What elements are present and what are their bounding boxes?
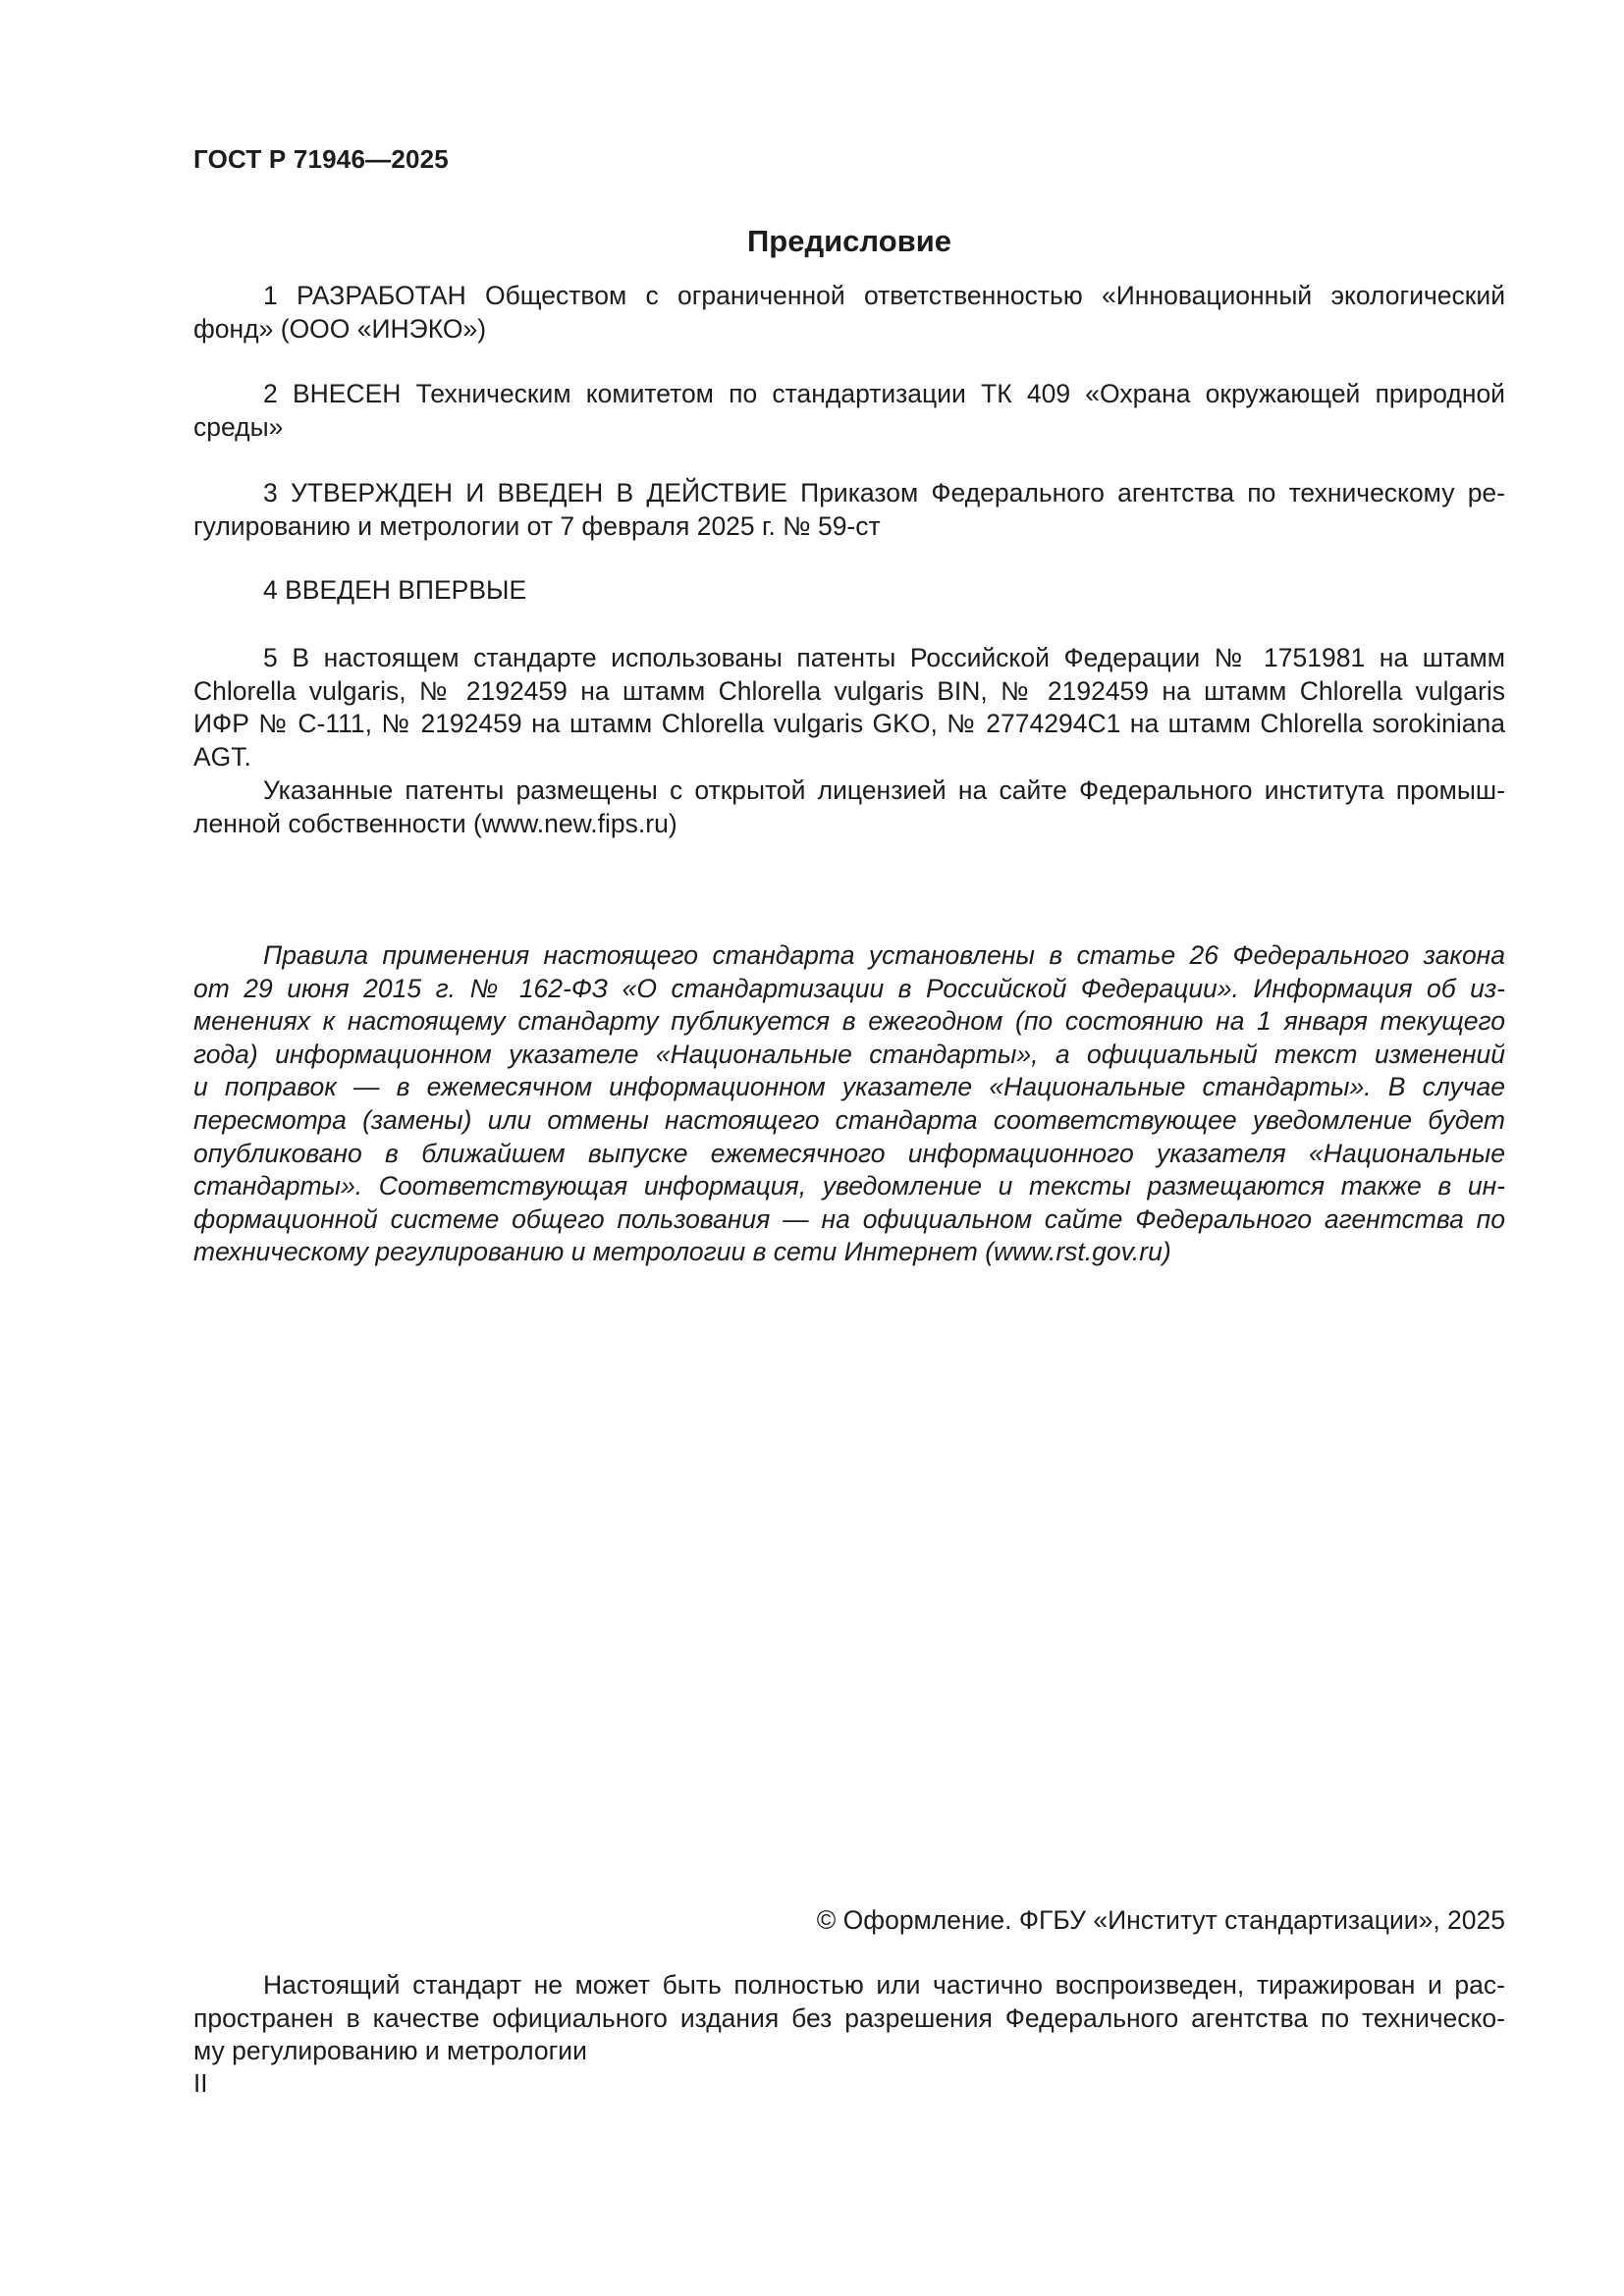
text-line: техническому регулированию и метрологии … [193,1236,1505,1269]
text-line: от 29 июня 2015 г. № 162-ФЗ «О стандарти… [193,973,1505,1006]
text-line: и поправок — в ежемесячном информационно… [193,1071,1505,1104]
foreword-item-1: 1 РАЗРАБОТАН Обществом с ограниченной от… [193,280,1505,346]
text-line: среды» [193,411,1505,445]
text-line: 1 РАЗРАБОТАН Обществом с ограниченной от… [193,280,1505,313]
foreword-item-3: 3 УТВЕРЖДЕН И ВВЕДЕН В ДЕЙСТВИЕ Приказом… [193,477,1505,543]
text-line: ИФР № С-111, № 2192459 на штамм Chlorell… [193,708,1505,741]
text-line: Chlorella vulgaris, № 2192459 на штамм C… [193,675,1505,709]
text-line: формационной системе общего пользования … [193,1203,1505,1237]
text-line: пространен в качестве официального издан… [193,2002,1505,2036]
text-line: 2 ВНЕСЕН Техническим комитетом по станда… [193,378,1505,411]
foreword-item-2: 2 ВНЕСЕН Техническим комитетом по станда… [193,378,1505,444]
document-page: ГОСТ Р 71946—2025 Предисловие 1 РАЗРАБОТ… [0,0,1624,2296]
text-line: менениях к настоящему стандарту публикуе… [193,1005,1505,1039]
text-line: Настоящий стандарт не может быть полност… [193,1969,1505,2002]
text-line: гулированию и метрологии от 7 февраля 20… [193,510,1505,544]
text-line: стандарты». Соответствующая информация, … [193,1170,1505,1203]
text-line: пересмотра (замены) или отмены настоящег… [193,1104,1505,1138]
text-line: ленной собственности (www.new.fips.ru) [193,808,1505,841]
text-line: фонд» (ООО «ИНЭКО») [193,313,1505,347]
document-id-header: ГОСТ Р 71946—2025 [193,144,449,174]
text-line: Правила применения настоящего стандарта … [193,939,1505,973]
text-line: Указанные патенты размещены с открытой л… [193,774,1505,808]
text-line: опубликовано в ближайшем выпуске ежемеся… [193,1138,1505,1171]
text-line: му регулированию и метрологии [193,2035,1505,2068]
copyright-notice: © Оформление. ФГБУ «Институт стандартиза… [193,1904,1505,1938]
text-line: 3 УТВЕРЖДЕН И ВВЕДЕН В ДЕЙСТВИЕ Приказом… [193,477,1505,510]
text-line: 4 ВВЕДЕН ВПЕРВЫЕ [193,574,1505,608]
reproduction-notice: Настоящий стандарт не может быть полност… [193,1969,1505,2068]
text-line: 5 В настоящем стандарте использованы пат… [193,642,1505,675]
foreword-item-5: 5 В настоящем стандарте использованы пат… [193,642,1505,774]
text-line: года) информационном указателе «Национал… [193,1039,1505,1072]
rules-notice: Правила применения настоящего стандарта … [193,939,1505,1269]
page-number: II [193,2068,207,2098]
foreword-item-4: 4 ВВЕДЕН ВПЕРВЫЕ [193,574,1505,608]
foreword-title: Предисловие [193,224,1505,259]
patents-note: Указанные патенты размещены с открытой л… [193,774,1505,840]
text-line: AGT. [193,741,1505,774]
